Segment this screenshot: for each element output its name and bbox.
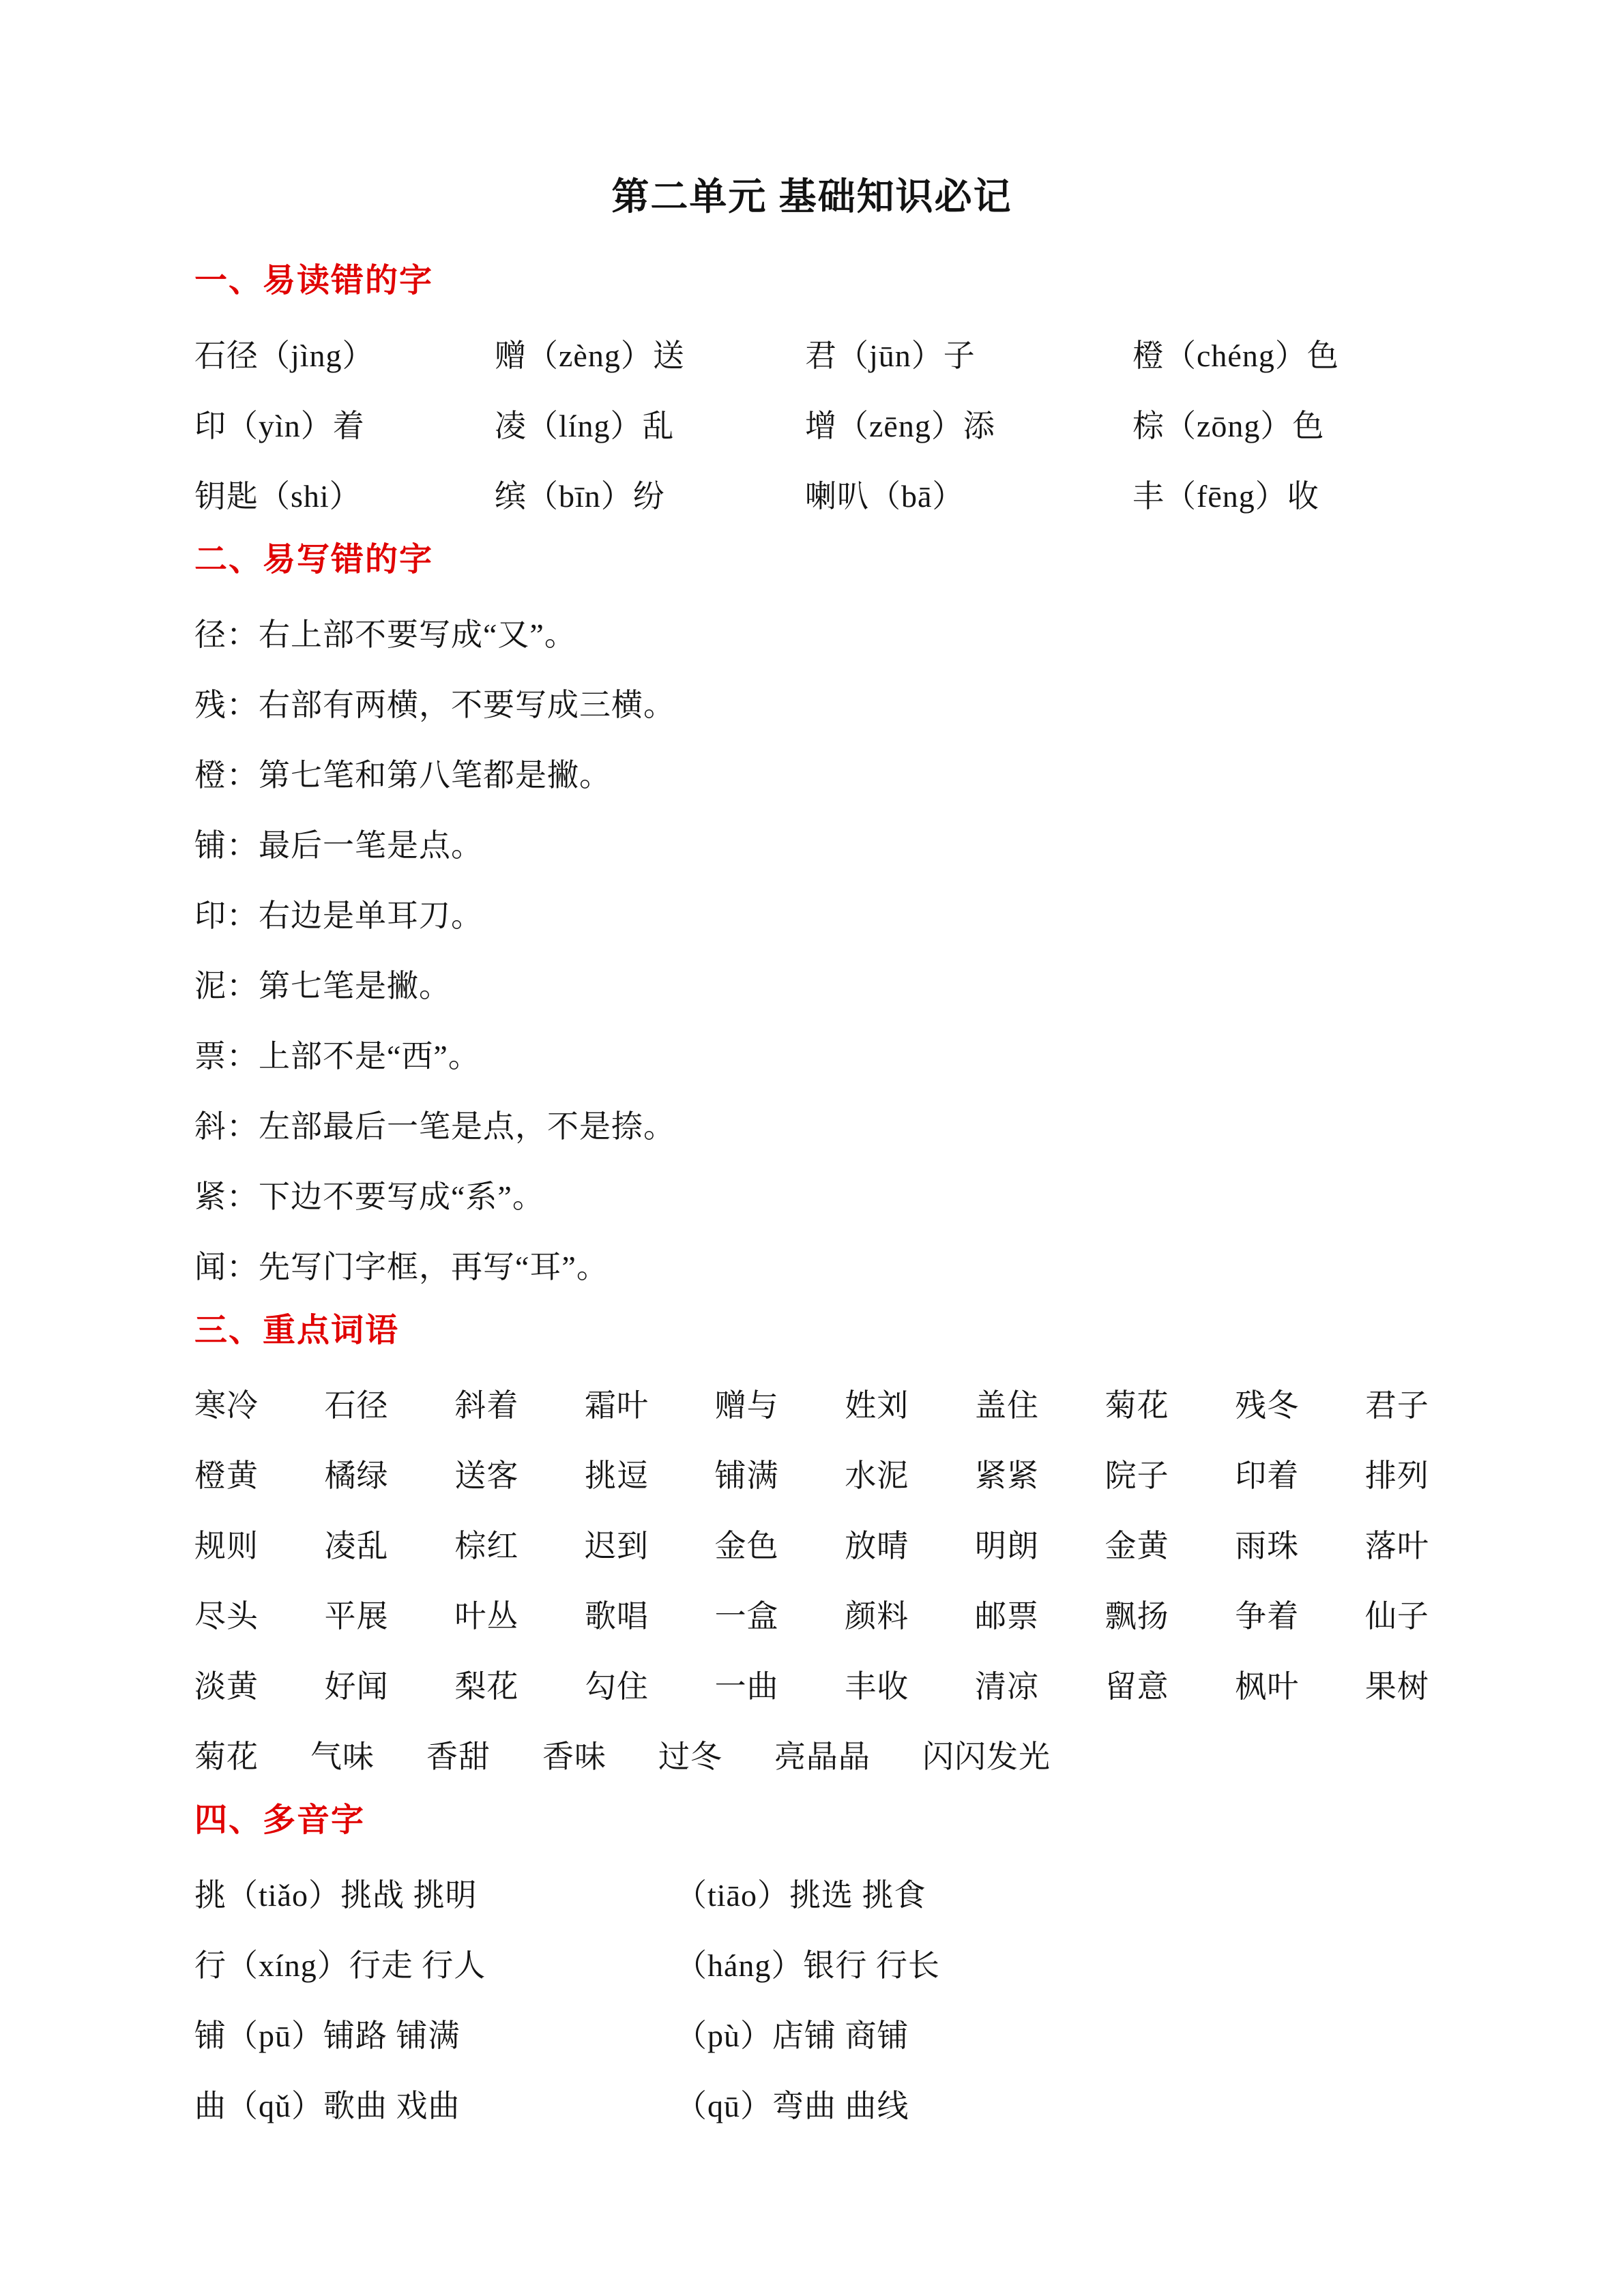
word: 雨珠 [1235, 1521, 1299, 1566]
pinyin-entry: 钥匙（shi） [194, 471, 495, 516]
note-item: 印：右边是单耳刀。 [194, 878, 1429, 948]
word: 规则 [194, 1521, 259, 1566]
section3-heading: 三、重点词语 [194, 1299, 1429, 1368]
word: 香甜 [426, 1732, 491, 1777]
pinyin-entry: 棕（zōng）色 [1132, 401, 1429, 446]
note-item: 径：右上部不要写成“又”。 [194, 597, 1429, 667]
word: 凌乱 [325, 1521, 389, 1566]
note-item: 泥：第七笔是撇。 [194, 948, 1429, 1018]
word: 留意 [1105, 1662, 1169, 1707]
word-row: 尽头 平展 叶丛 歌唱 一盒 颜料 邮票 飘扬 争着 仙子 [194, 1578, 1429, 1649]
polyphone-entry: 行（xíng）行走 行人 [194, 1941, 675, 1986]
word: 落叶 [1365, 1521, 1429, 1566]
polyphone-entry: 铺（pū）铺路 铺满 [194, 2011, 675, 2056]
pinyin-entry: 印（yìn）着 [194, 401, 495, 446]
polyphone-entry: （pù）店铺 商铺 [675, 2011, 1429, 2056]
polyphone-line: 挑（tiǎo）挑战 挑明 （tiāo）挑选 挑食 [194, 1857, 1429, 1928]
pinyin-entry: 丰（fēng）收 [1132, 471, 1429, 516]
pinyin-row: 印（yìn）着 凌（líng）乱 增（zēng）添 棕（zōng）色 [194, 388, 1429, 458]
document-page: 第二单元 基础知识必记 一、易读错的字 石径（jìng） 赠（zèng）送 君（… [0, 0, 1623, 2296]
word: 金黄 [1105, 1521, 1169, 1566]
word: 挑逗 [585, 1451, 649, 1496]
note-item: 斜：左部最后一笔是点，不是捺。 [194, 1089, 1429, 1159]
section4-heading: 四、多音字 [194, 1789, 1429, 1857]
word: 争着 [1235, 1591, 1299, 1636]
page-title: 第二单元 基础知识必记 [194, 169, 1429, 250]
word-row: 橙黄 橘绿 送客 挑逗 铺满 水泥 紧紧 院子 印着 排列 [194, 1438, 1429, 1508]
note-item: 残：右部有两横，不要写成三横。 [194, 667, 1429, 737]
word: 斜着 [454, 1381, 518, 1426]
word: 一曲 [715, 1662, 779, 1707]
word: 梨花 [454, 1662, 518, 1707]
word: 枫叶 [1235, 1662, 1299, 1707]
note-item: 铺：最后一笔是点。 [194, 808, 1429, 878]
note-item: 紧：下边不要写成“系”。 [194, 1159, 1429, 1229]
polyphone-line: 曲（qǔ）歌曲 戏曲 （qū）弯曲 曲线 [194, 2068, 1429, 2138]
word: 一盒 [715, 1591, 779, 1636]
word: 淡黄 [194, 1662, 259, 1707]
pinyin-entry: 增（zēng）添 [805, 401, 1132, 446]
word: 菊花 [1105, 1381, 1169, 1426]
word: 赠与 [715, 1381, 779, 1426]
word-row: 规则 凌乱 棕红 迟到 金色 放晴 明朗 金黄 雨珠 落叶 [194, 1508, 1429, 1578]
word: 排列 [1365, 1451, 1429, 1496]
word: 院子 [1105, 1451, 1169, 1496]
word: 香味 [542, 1732, 606, 1777]
word-row: 寒冷 石径 斜着 霜叶 赠与 姓刘 盖住 菊花 残冬 君子 [194, 1368, 1429, 1438]
word: 仙子 [1365, 1591, 1429, 1636]
document-content: 第二单元 基础知识必记 一、易读错的字 石径（jìng） 赠（zèng）送 君（… [194, 169, 1429, 2138]
word: 平展 [325, 1591, 389, 1636]
pinyin-entry: 石径（jìng） [194, 331, 495, 376]
word: 水泥 [845, 1451, 909, 1496]
note-item: 闻：先写门字框，再写“耳”。 [194, 1229, 1429, 1299]
note-item: 橙：第七笔和第八笔都是撇。 [194, 737, 1429, 808]
word: 过冬 [658, 1732, 722, 1777]
word: 寒冷 [194, 1381, 259, 1426]
pinyin-entry: 橙（chéng）色 [1132, 331, 1429, 376]
section2-heading: 二、易写错的字 [194, 529, 1429, 597]
word: 棕红 [454, 1521, 518, 1566]
word: 橘绿 [325, 1451, 389, 1496]
word: 果树 [1365, 1662, 1429, 1707]
word: 闪闪发光 [922, 1732, 1051, 1777]
word: 勾住 [585, 1662, 649, 1707]
word: 尽头 [194, 1591, 259, 1636]
polyphone-entry: 挑（tiǎo）挑战 挑明 [194, 1870, 675, 1915]
word: 霜叶 [585, 1381, 649, 1426]
word: 铺满 [715, 1451, 779, 1496]
word: 邮票 [975, 1591, 1039, 1636]
word: 叶丛 [454, 1591, 518, 1636]
pinyin-row: 石径（jìng） 赠（zèng）送 君（jūn）子 橙（chéng）色 [194, 318, 1429, 388]
word: 姓刘 [845, 1381, 909, 1426]
word: 紧紧 [975, 1451, 1039, 1496]
word: 颜料 [845, 1591, 909, 1636]
polyphone-entry: （qū）弯曲 曲线 [675, 2081, 1429, 2126]
word: 盖住 [975, 1381, 1039, 1426]
word: 印着 [1235, 1451, 1299, 1496]
word: 飘扬 [1105, 1591, 1169, 1636]
polyphone-line: 行（xíng）行走 行人 （háng）银行 行长 [194, 1928, 1429, 1998]
word-row: 菊花 气味 香甜 香味 过冬 亮晶晶 闪闪发光 [194, 1719, 1429, 1789]
word: 菊花 [194, 1732, 259, 1777]
word: 迟到 [585, 1521, 649, 1566]
word: 君子 [1365, 1381, 1429, 1426]
polyphone-entry: （háng）银行 行长 [675, 1941, 1429, 1986]
word: 清凉 [975, 1662, 1039, 1707]
polyphone-entry: （tiāo）挑选 挑食 [675, 1870, 1429, 1915]
pinyin-entry: 缤（bīn）纷 [495, 471, 805, 516]
pinyin-entry: 赠（zèng）送 [495, 331, 805, 376]
word: 歌唱 [585, 1591, 649, 1636]
pinyin-entry: 凌（líng）乱 [495, 401, 805, 446]
pinyin-entry: 喇叭（bā） [805, 471, 1132, 516]
word: 丰收 [845, 1662, 909, 1707]
word: 好闻 [325, 1662, 389, 1707]
section1-heading: 一、易读错的字 [194, 250, 1429, 318]
polyphone-line: 铺（pū）铺路 铺满 （pù）店铺 商铺 [194, 1998, 1429, 2068]
pinyin-row: 钥匙（shi） 缤（bīn）纷 喇叭（bā） 丰（fēng）收 [194, 458, 1429, 529]
pinyin-entry: 君（jūn）子 [805, 331, 1132, 376]
word: 送客 [454, 1451, 518, 1496]
word: 橙黄 [194, 1451, 259, 1496]
word: 明朗 [975, 1521, 1039, 1566]
word: 放晴 [845, 1521, 909, 1566]
word: 气味 [310, 1732, 375, 1777]
word: 残冬 [1235, 1381, 1299, 1426]
word: 亮晶晶 [774, 1732, 871, 1777]
note-item: 票：上部不是“西”。 [194, 1018, 1429, 1089]
polyphone-entry: 曲（qǔ）歌曲 戏曲 [194, 2081, 675, 2126]
word: 金色 [715, 1521, 779, 1566]
word-row: 淡黄 好闻 梨花 勾住 一曲 丰收 清凉 留意 枫叶 果树 [194, 1649, 1429, 1719]
word: 石径 [325, 1381, 389, 1426]
